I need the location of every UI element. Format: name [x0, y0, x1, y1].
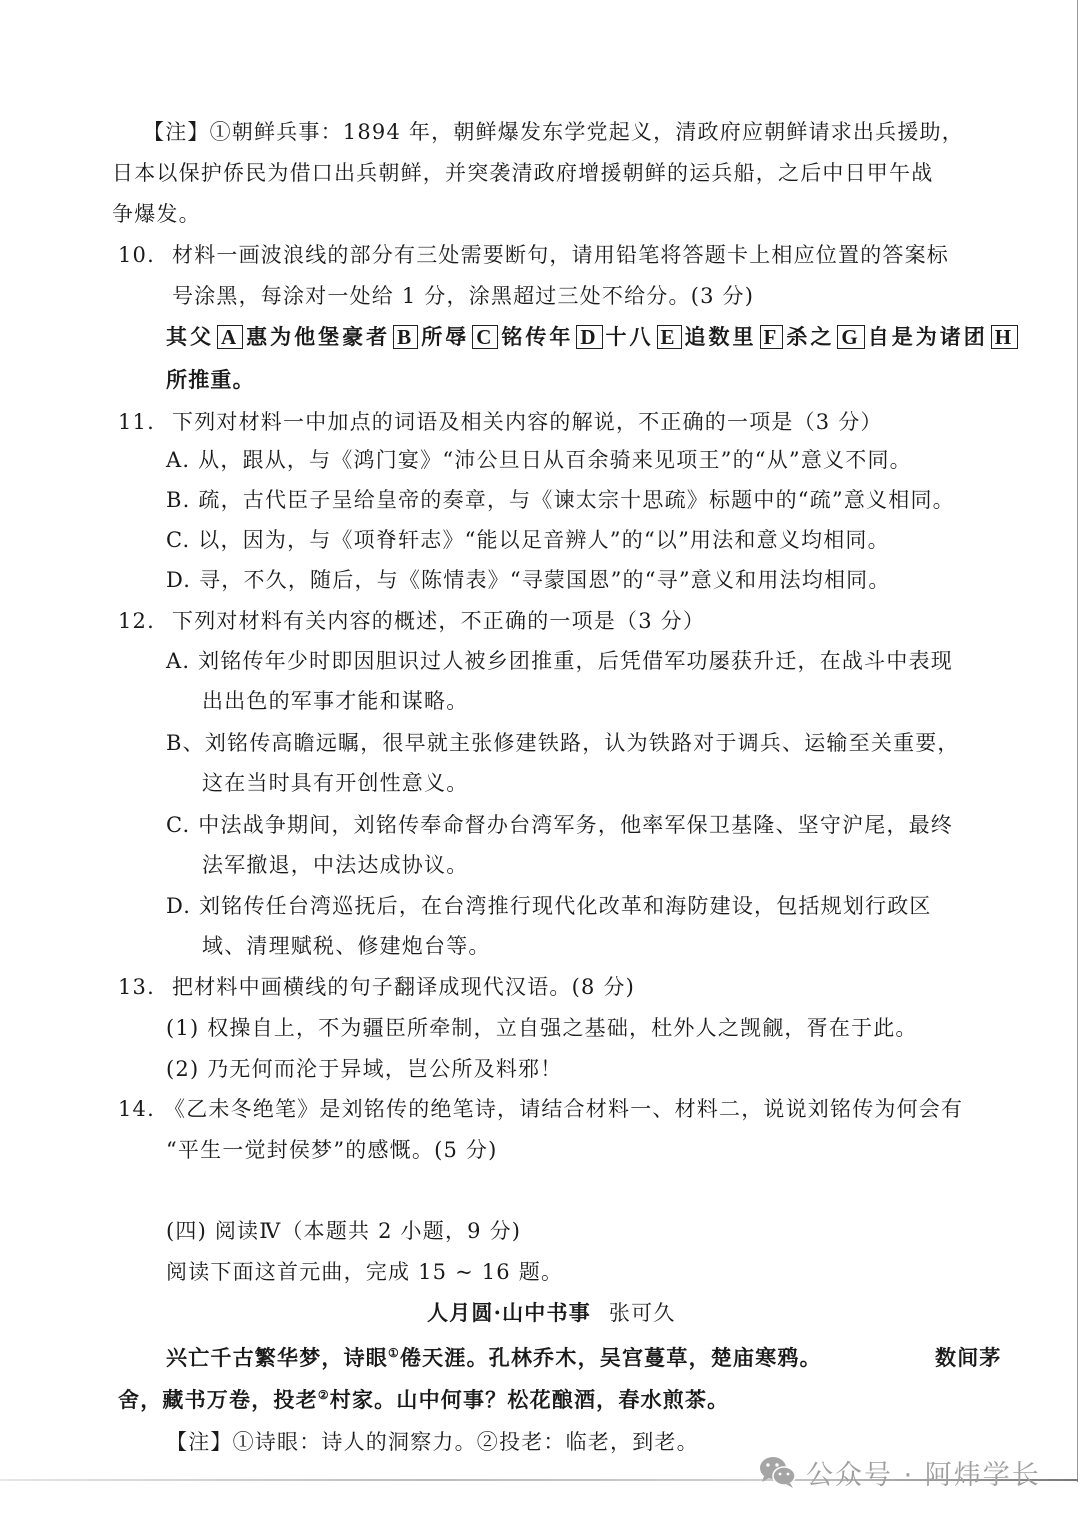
question-stem: “平生一觉封侯梦”的感慨。(5 分) [166, 1135, 498, 1165]
option-d: D. 寻，不久，随后，与《陈情表》“寻蒙国恩”的“寻”意义和用法均相同。 [166, 565, 891, 595]
option-b: B、刘铭传高瞻远瞩，很早就主张修建铁路，认为铁路对于调兵、运输至关重要， [166, 728, 960, 758]
footnote-marker-2: ② [318, 1388, 330, 1402]
option-b-cont: 这在当时具有开创性意义。 [202, 768, 468, 798]
poem-note: 【注】①诗眼：诗人的洞察力。②投老：临老，到老。 [166, 1427, 699, 1457]
break-box-b[interactable]: B [393, 325, 418, 349]
watermark: 公众号 · 阿炜学长 [758, 1452, 1041, 1492]
break-box-h[interactable]: H [991, 325, 1018, 349]
option-d: D. 刘铭传任台湾巡抚后，在台湾推行现代化改革和海防建设，包括规划行政区 [166, 891, 932, 921]
poem-line-1: 兴亡千古繁华梦，诗眼①倦天涯。孔林乔木，吴宫蔓草，楚庙寒鸦。 [166, 1343, 822, 1373]
question-number: 10. [118, 240, 172, 270]
wechat-icon [758, 1454, 798, 1490]
break-box-a[interactable]: A [217, 325, 243, 349]
option-a: A. 刘铭传年少时即因胆识过人被乡团推重，后凭借军功屡获升迁，在战斗中表现 [166, 646, 953, 676]
poem-author: 张可久 [609, 1301, 676, 1325]
translate-item-2: (2) 乃无何而沦于异域，岂公所及料邪！ [166, 1054, 562, 1084]
option-d-cont: 域、清理赋税、修建炮台等。 [202, 931, 491, 961]
poem-line-2: 舍，藏书万卷，投老②村家。山中何事？松花酿酒，春水煎茶。 [118, 1385, 729, 1415]
option-c-cont: 法军撤退，中法达成协议。 [202, 850, 468, 880]
question-stem: 材料一画波浪线的部分有三处需要断句，请用铅笔将答题卡上相应位置的答案标 [172, 243, 949, 267]
note-line: 争爆发。 [112, 199, 201, 229]
section-heading: (四) 阅读Ⅳ（本题共 2 小题，9 分) [166, 1216, 521, 1246]
footnote-marker-1: ① [388, 1346, 400, 1360]
break-box-g[interactable]: G [837, 325, 864, 349]
note-line: 【注】①朝鲜兵事：1894 年，朝鲜爆发东学党起义，清政府应朝鲜请求出兵援助， [143, 117, 964, 147]
watermark-text: 公众号 · 阿炜学长 [806, 1453, 1041, 1492]
question-number: 13. [118, 972, 172, 1002]
option-a: A. 从，跟从，与《鸿门宴》“沛公旦日从百余骑来见项王”的“从”意义不同。 [166, 445, 912, 475]
punctuation-sentence: 其父A惠为他堡豪者B所辱C铭传年D十八E追数里F杀之G自是为诸团H [166, 322, 1021, 352]
question-number: 12. [118, 606, 172, 636]
break-box-c[interactable]: C [472, 325, 498, 349]
translate-item-1: (1) 权操自上，不为疆臣所牵制，立自强之基础，杜外人之觊觎，胥在于此。 [166, 1013, 918, 1043]
poem-line-1-end: 数间茅 [935, 1343, 1002, 1373]
section-instruction: 阅读下面这首元曲，完成 15 ~ 16 题。 [166, 1257, 563, 1287]
option-c: C. 以，因为，与《项脊轩志》“能以足音辨人”的“以”用法和意义均相同。 [166, 525, 890, 555]
option-c: C. 中法战争期间，刘铭传奉命督办台湾军务，他率军保卫基隆、坚守沪尾，最终 [166, 810, 953, 840]
poem-title-line: 人月圆·山中书事张可久 [427, 1298, 676, 1328]
question-stem: 下列对材料一中加点的词语及相关内容的解说，不正确的一项是（3 分） [172, 410, 883, 434]
question-stem: 《乙未冬绝笔》是刘铭传的绝笔诗，请结合材料一、材料二，说说刘铭传为何会有 [164, 1097, 963, 1121]
question-stem: 下列对材料有关内容的概述，不正确的一项是（3 分） [172, 609, 705, 633]
question-stem: 把材料中画横线的句子翻译成现代汉语。(8 分) [172, 975, 635, 999]
question-number: 14. [118, 1094, 164, 1124]
break-box-e[interactable]: E [657, 325, 682, 349]
option-a-cont: 出出色的军事才能和谋略。 [202, 686, 468, 716]
note-line: 日本以保护侨民为借口出兵朝鲜，并突袭清政府增援朝鲜的运兵船，之后中日甲午战 [112, 158, 933, 188]
poem-title: 人月圆·山中书事 [427, 1300, 591, 1325]
option-b: B. 疏，古代臣子呈给皇帝的奏章，与《谏太宗十思疏》标题中的“疏”意义相同。 [166, 485, 955, 515]
right-page-border [1077, 0, 1078, 1482]
punctuation-sentence-tail: 所推重。 [166, 365, 255, 395]
break-box-f[interactable]: F [760, 325, 784, 349]
break-box-d[interactable]: D [576, 325, 602, 349]
question-number: 11. [118, 407, 172, 437]
question-stem: 号涂黑，每涂对一处给 1 分，涂黑超过三处不给分。(3 分) [172, 281, 754, 311]
